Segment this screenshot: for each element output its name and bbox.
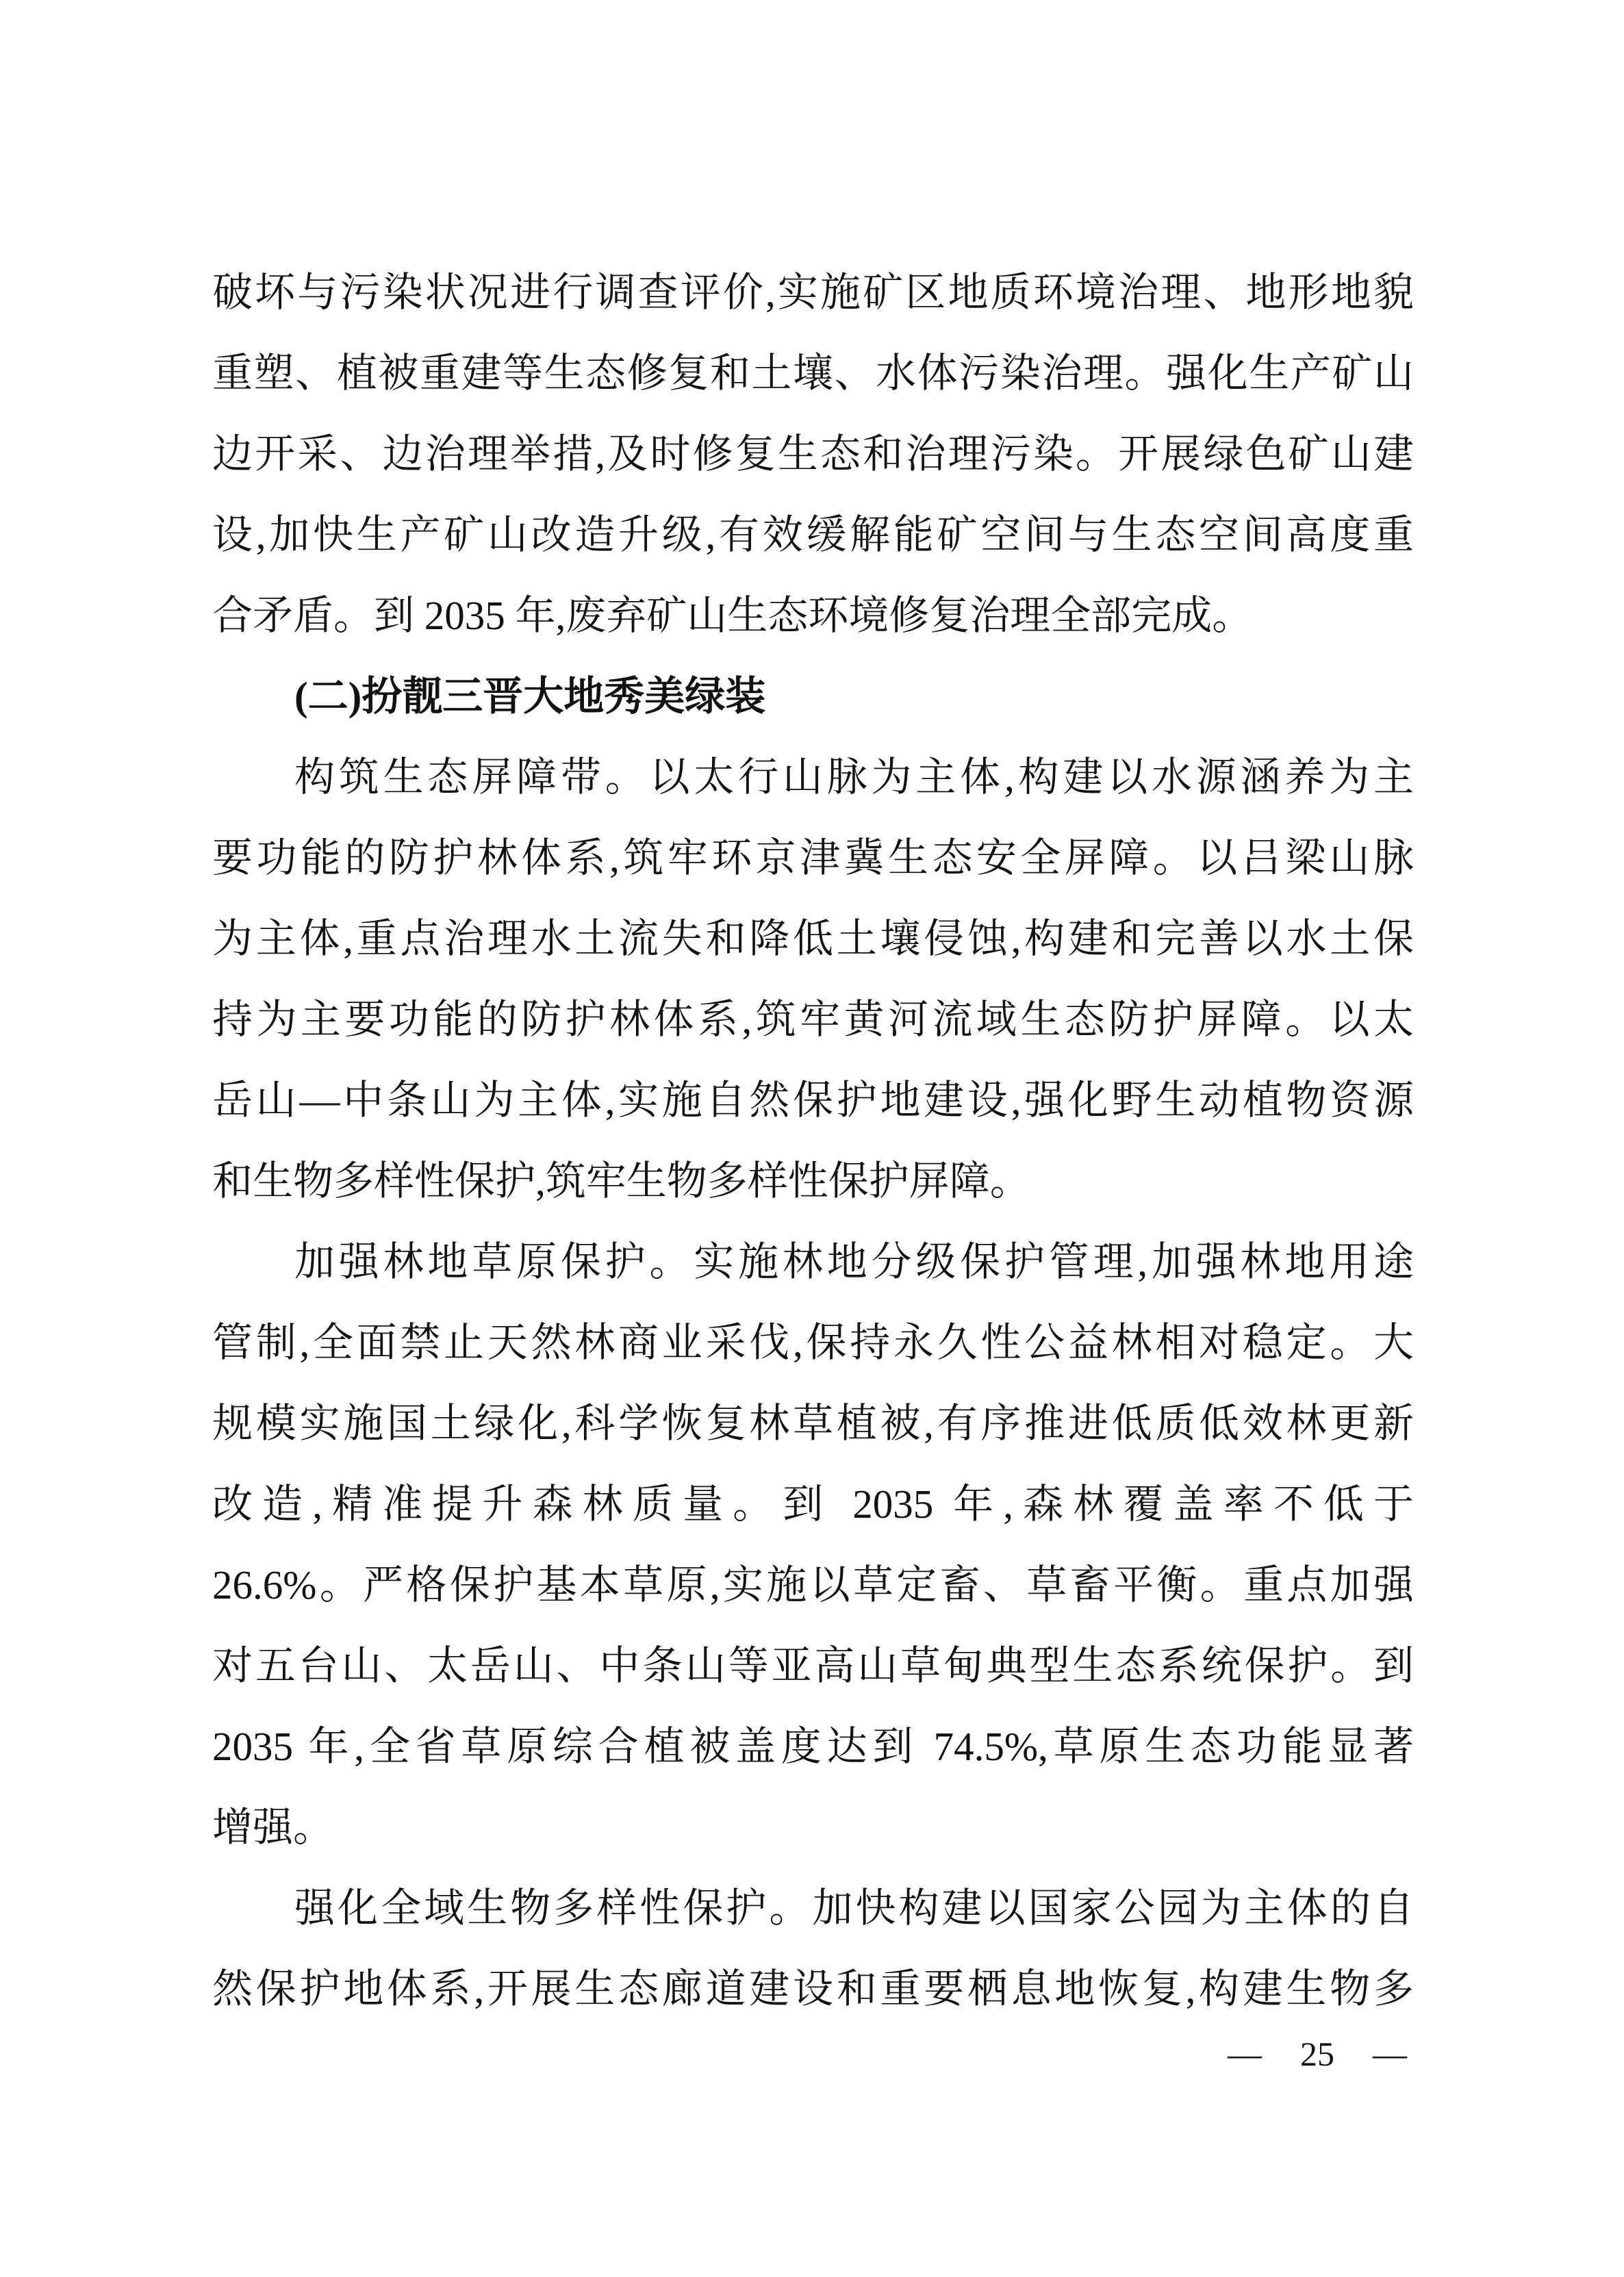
page-footer: — 25 — — [1228, 2028, 1407, 2080]
text-line: 边开采、边治理举措,及时修复生态和治理污染。开展绿色矿山建 — [212, 414, 1414, 494]
text-line: 然保护地体系,开展生态廊道建设和重要栖息地恢复,构建生物多 — [212, 1948, 1414, 2029]
text-line: 改造,精准提升森林质量。到 2035 年,森林覆盖率不低于 — [212, 1464, 1414, 1544]
text-line: 和生物多样性保护,筑牢生物多样性保护屏障。 — [212, 1141, 1414, 1221]
document-page: 破坏与污染状况进行调查评价,实施矿区地质环境治理、地形地貌重塑、植被重建等生态修… — [0, 0, 1624, 2277]
text-line: 26.6%。严格保护基本草原,实施以草定畜、草畜平衡。重点加强 — [212, 1544, 1414, 1625]
text-line: 增强。 — [212, 1787, 1414, 1868]
text-line: 加强林地草原保护。实施林地分级保护管理,加强林地用途 — [212, 1221, 1414, 1302]
text-line: 合矛盾。到 2035 年,废弃矿山生态环境修复治理全部完成。 — [212, 575, 1414, 656]
text-line: 管制,全面禁止天然林商业采伐,保持永久性公益林相对稳定。大 — [212, 1302, 1414, 1383]
paragraph-forest-grassland-protection: 加强林地草原保护。实施林地分级保护管理,加强林地用途管制,全面禁止天然林商业采伐… — [212, 1221, 1414, 1868]
footer-dash-right: — — [1373, 2034, 1407, 2074]
text-line: 破坏与污染状况进行调查评价,实施矿区地质环境治理、地形地貌 — [212, 252, 1414, 333]
text-line: 2035 年,全省草原综合植被盖度达到 74.5%,草原生态功能显著 — [212, 1706, 1414, 1787]
footer-dash-left: — — [1228, 2034, 1262, 2074]
paragraph-biodiversity: 强化全域生物多样性保护。加快构建以国家公园为主体的自然保护地体系,开展生态廊道建… — [212, 1868, 1414, 2029]
heading-line: (二)扮靓三晋大地秀美绿装 — [212, 656, 1414, 737]
page-number: 25 — [1300, 2034, 1334, 2074]
text-line: 规模实施国土绿化,科学恢复林草植被,有序推进低质低效林更新 — [212, 1383, 1414, 1464]
text-line: 对五台山、太岳山、中条山等亚高山草甸典型生态系统保护。到 — [212, 1625, 1414, 1706]
text-line: 要功能的防护林体系,筑牢环京津冀生态安全屏障。以吕梁山脉 — [212, 817, 1414, 898]
text-line: 持为主要功能的防护林体系,筑牢黄河流域生态防护屏障。以太 — [212, 979, 1414, 1060]
paragraph-mine-restoration: 破坏与污染状况进行调查评价,实施矿区地质环境治理、地形地貌重塑、植被重建等生态修… — [212, 252, 1414, 656]
section-heading-2: (二)扮靓三晋大地秀美绿装 — [212, 656, 1414, 737]
text-line: 设,加快生产矿山改造升级,有效缓解能矿空间与生态空间高度重 — [212, 494, 1414, 575]
text-line: 构筑生态屏障带。以太行山脉为主体,构建以水源涵养为主 — [212, 737, 1414, 817]
text-line: 强化全域生物多样性保护。加快构建以国家公园为主体的自 — [212, 1868, 1414, 1948]
text-line: 岳山—中条山为主体,实施自然保护地建设,强化野生动植物资源 — [212, 1060, 1414, 1141]
paragraph-ecological-barrier: 构筑生态屏障带。以太行山脉为主体,构建以水源涵养为主要功能的防护林体系,筑牢环京… — [212, 737, 1414, 1221]
document-body: 破坏与污染状况进行调查评价,实施矿区地质环境治理、地形地貌重塑、植被重建等生态修… — [212, 252, 1414, 2029]
text-line: 为主体,重点治理水土流失和降低土壤侵蚀,构建和完善以水土保 — [212, 898, 1414, 979]
text-line: 重塑、植被重建等生态修复和土壤、水体污染治理。强化生产矿山 — [212, 333, 1414, 414]
